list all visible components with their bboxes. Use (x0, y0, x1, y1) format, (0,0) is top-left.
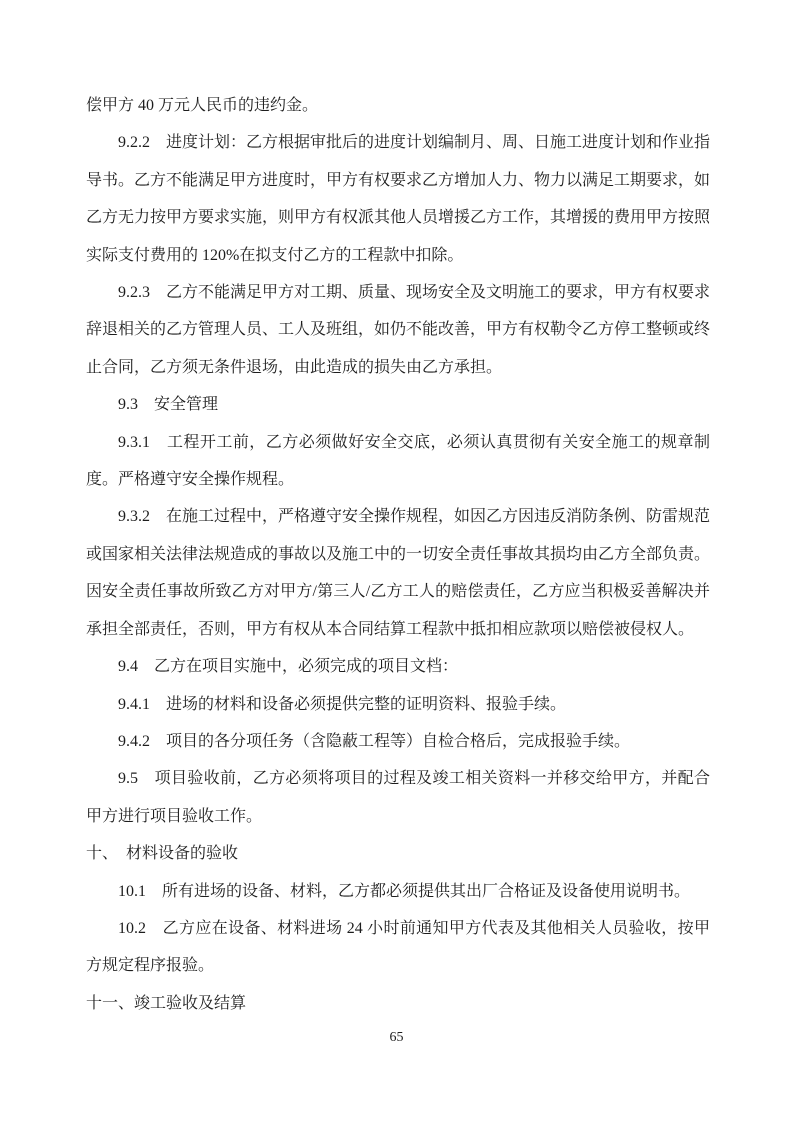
paragraph: 9.2.2 进度计划：乙方根据审批后的进度计划编制月、周、日施工进度计划和作业指… (86, 124, 710, 274)
paragraph: 9.3.1 工程开工前，乙方必须做好安全交底，必须认真贯彻有关安全施工的规章制度… (86, 424, 710, 499)
document-page: 偿甲方 40 万元人民币的违约金。9.2.2 进度计划：乙方根据审批后的进度计划… (0, 0, 793, 1122)
page-number: 65 (0, 1028, 793, 1048)
paragraph: 10.1 所有进场的设备、材料，乙方都必须提供其出厂合格证及设备使用说明书。 (86, 873, 710, 910)
section-heading: 十一、竣工验收及结算 (86, 985, 710, 1022)
paragraph: 9.4.2 项目的各分项任务（含隐蔽工程等）自检合格后，完成报验手续。 (86, 723, 710, 760)
paragraph: 9.3 安全管理 (86, 386, 710, 423)
paragraph: 10.2 乙方应在设备、材料进场 24 小时前通知甲方代表及其他相关人员验收，按… (86, 910, 710, 985)
paragraph: 9.3.2 在施工过程中，严格遵守安全操作规程，如因乙方因违反消防条例、防雷规范… (86, 498, 710, 648)
paragraph: 9.5 项目验收前，乙方必须将项目的过程及竣工相关资料一并移交给甲方，并配合甲方… (86, 760, 710, 835)
document-body: 偿甲方 40 万元人民币的违约金。9.2.2 进度计划：乙方根据审批后的进度计划… (86, 87, 710, 1022)
paragraph: 9.4.1 进场的材料和设备必须提供完整的证明资料、报验手续。 (86, 686, 710, 723)
paragraph: 9.4 乙方在项目实施中，必须完成的项目文档： (86, 648, 710, 685)
section-heading: 十、 材料设备的验收 (86, 835, 710, 872)
paragraph: 偿甲方 40 万元人民币的违约金。 (86, 87, 710, 124)
paragraph: 9.2.3 乙方不能满足甲方对工期、质量、现场安全及文明施工的要求，甲方有权要求… (86, 274, 710, 386)
